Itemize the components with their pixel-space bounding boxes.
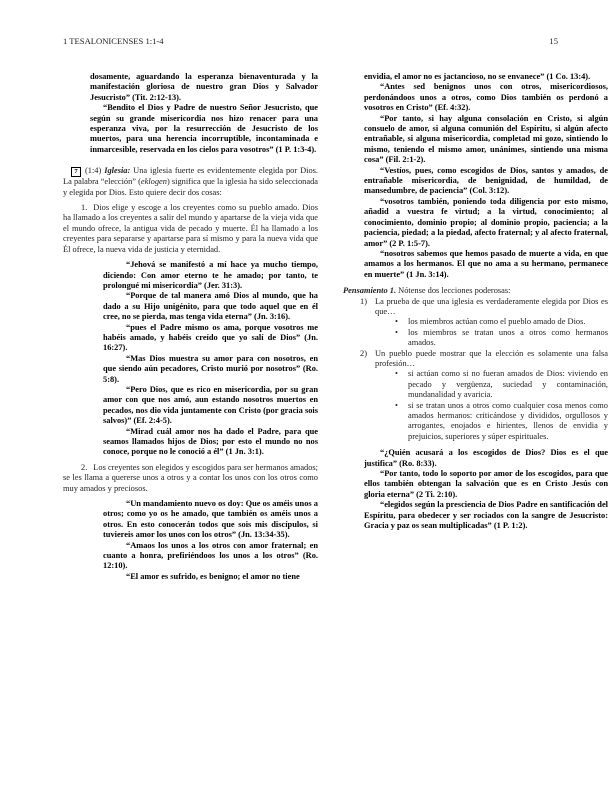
two-column-text: dosamente, aguardando la esperanza biena… [63, 72, 608, 582]
verse-quote: “Por tanto, si hay alguna consolación en… [364, 114, 608, 166]
verse-quote-partial: “El amor es sufrido, es benigno; el amor… [103, 572, 318, 582]
bullet-text: si se tratan unos a otros como cualquier… [408, 401, 608, 443]
verse-quote: “elegidos según la presciencia de Dios P… [364, 500, 608, 531]
thought-text: Nótense dos lecciones poderosas: [396, 286, 510, 295]
verse-quote-continuation: envidia, el amor no es jactancioso, no s… [364, 72, 608, 82]
verse-quote: “Bendito el Dios y Padre de nuestro Seño… [90, 103, 318, 155]
bullet-text: los miembros actúan como el pueblo amado… [408, 317, 608, 327]
verse-quote: “nosotros sabemos que hemos pasado de mu… [364, 249, 608, 280]
thought-label: Pensamiento 1. [343, 286, 396, 295]
bullet-item: • los miembros actúan como el pueblo ama… [395, 317, 608, 327]
lesson-number: 1) [360, 297, 375, 318]
point-text: Los creyentes son elegidos y escogidos p… [63, 463, 318, 493]
bullet-text: los miembros se tratan unos a otros como… [408, 328, 608, 349]
page-header: 1 TESALONICENSES 1:1-4 15 [63, 36, 608, 46]
verse-quote: “Amaos los unos a los otros con amor fra… [103, 541, 318, 572]
lesson-text: Un pueblo puede mostrar que la elección … [375, 349, 608, 370]
verse-reference: (1:4) [85, 166, 101, 175]
greek-term: eklogen [141, 177, 167, 186]
point-text: Dios elige y escoge a los creyentes como… [63, 203, 318, 254]
lesson-item: 2) Un pueblo puede mostrar que la elecci… [360, 349, 608, 370]
bullet-icon: • [395, 401, 408, 443]
key-term: Iglesia: [104, 166, 130, 175]
lesson-text: La prueba de que una iglesia es verdader… [375, 297, 608, 318]
running-head: 1 TESALONICENSES 1:1-4 [63, 36, 164, 46]
numbered-point: 1.Dios elige y escoge a los creyentes co… [63, 203, 318, 255]
thought-paragraph: Pensamiento 1. Nótense dos lecciones pod… [343, 286, 608, 296]
page-number: 15 [549, 36, 608, 46]
verse-quote: “pues el Padre mismo os ama, porque voso… [103, 323, 318, 354]
verse-quote: “Mirad cuál amor nos ha dado el Padre, p… [103, 427, 318, 458]
point-number: 2. [81, 463, 87, 472]
verse-quote: “Un mandamiento nuevo os doy: Que os amé… [103, 499, 318, 541]
lesson-number: 2) [360, 349, 375, 370]
bullet-item: • los miembros se tratan unos a otros co… [395, 328, 608, 349]
verse-quote: “Jehová se manifestó a mí hace ya mucho … [103, 260, 318, 291]
document-page: 1 TESALONICENSES 1:1-4 15 dosamente, agu… [0, 0, 612, 792]
numbered-point: 2.Los creyentes son elegidos y escogidos… [63, 463, 318, 494]
left-column: dosamente, aguardando la esperanza biena… [63, 72, 318, 582]
bullet-icon: • [395, 317, 408, 327]
right-column: envidia, el amor no es jactancioso, no s… [343, 72, 608, 582]
verse-quote: “vosotros también, poniendo toda diligen… [364, 197, 608, 249]
bullet-text: si actúan como si no fueran amados de Di… [408, 369, 608, 400]
bullet-item: • si se tratan unos a otros como cualqui… [395, 401, 608, 443]
lesson-item: 1) La prueba de que una iglesia es verda… [360, 297, 608, 318]
verse-quote: dosamente, aguardando la esperanza biena… [90, 72, 318, 103]
bullet-icon: • [395, 328, 408, 349]
verse-quote: “Por tanto, todo lo soporto por amor de … [364, 469, 608, 500]
outline-point-7-badge: 7 [71, 167, 81, 177]
verse-quote: “Pero Dios, que es rico en misericordia,… [103, 385, 318, 427]
verse-quote: “Porque de tal manera amó Dios al mundo,… [103, 291, 318, 322]
bullet-icon: • [395, 369, 408, 400]
point-number: 1. [81, 203, 87, 212]
verse-quote: “¿Quién acusará a los escogidos de Dios?… [364, 448, 608, 469]
bullet-item: • si actúan como si no fueran amados de … [395, 369, 608, 400]
page-content: 1 TESALONICENSES 1:1-4 15 dosamente, agu… [63, 36, 608, 582]
verse-quote: “Vestíos, pues, como escogidos de Dios, … [364, 166, 608, 197]
verse-quote: “Antes sed benignos unos con otros, mise… [364, 82, 608, 113]
verse-quote: “Mas Dios muestra su amor para con nosot… [103, 354, 318, 385]
commentary-paragraph: 7(1:4) Iglesia: Una iglesia fuerte es ev… [63, 166, 318, 198]
